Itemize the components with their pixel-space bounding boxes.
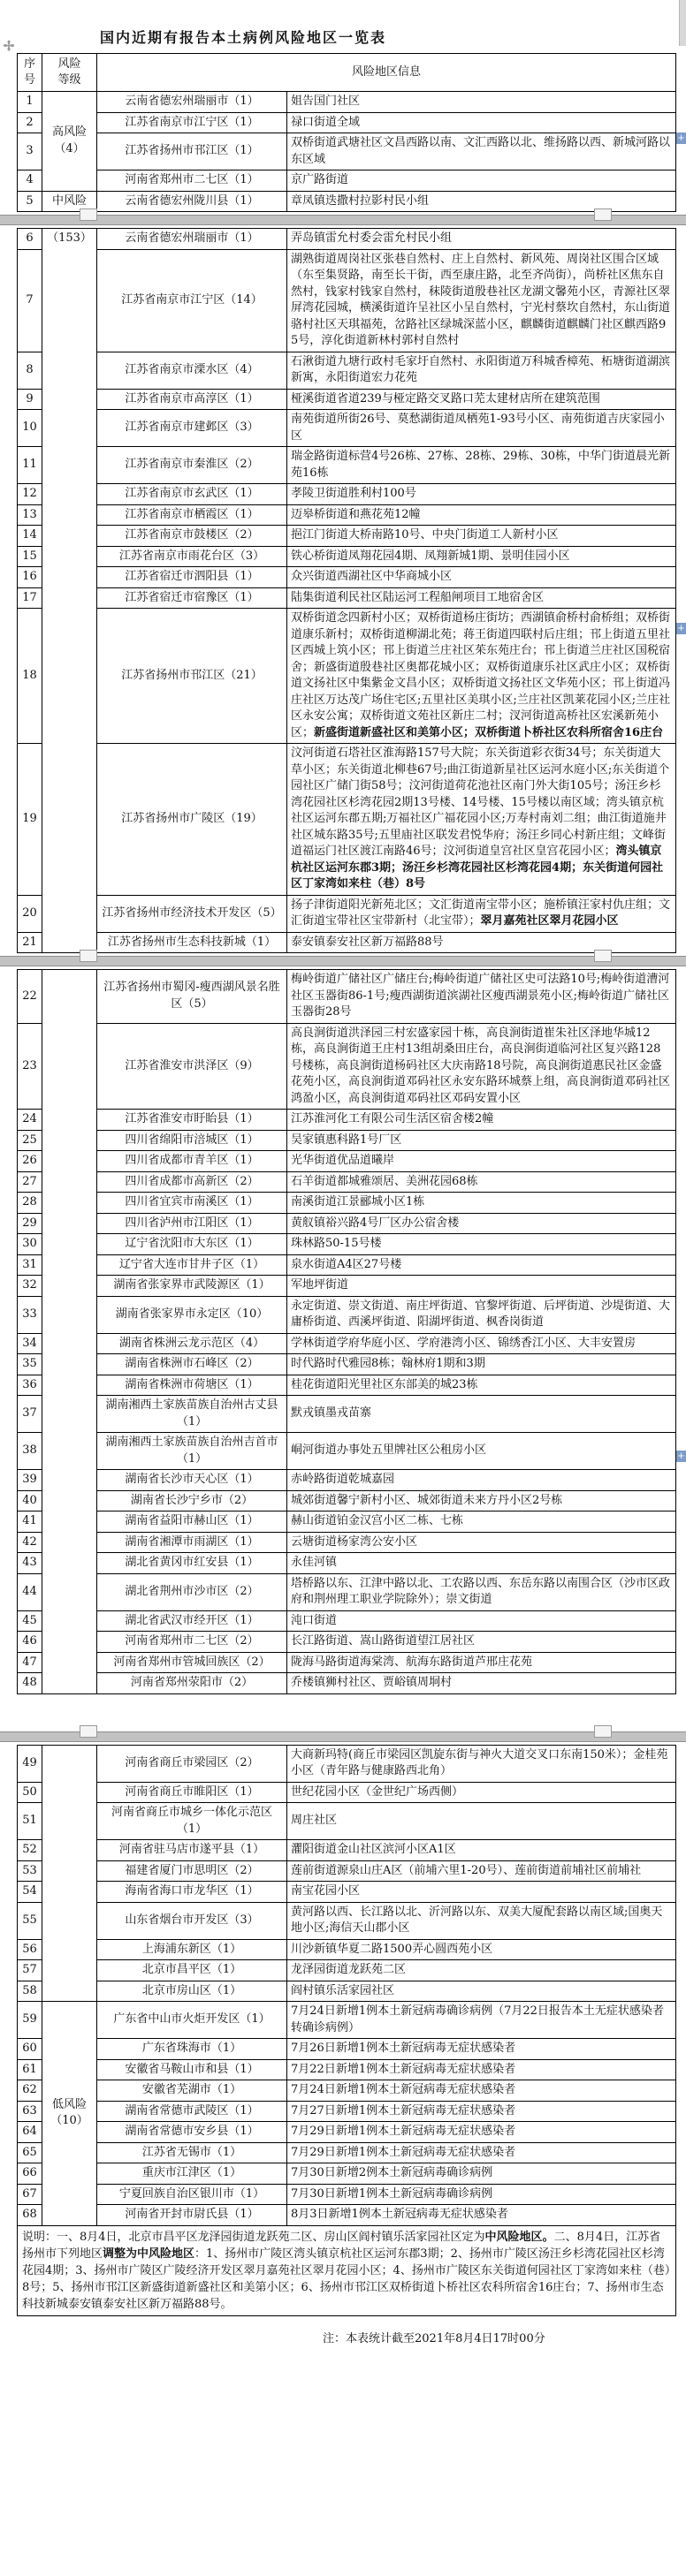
table-row: 36湖南省株洲市荷塘区（1）桂花街道阳光里社区东部美的城23栋 xyxy=(18,1375,676,1396)
risk-area-name: 重庆市江津区（1） xyxy=(97,2163,287,2185)
risk-area-name: 云南省德宏州瑞丽市（1） xyxy=(97,229,287,250)
row-serial-number: 42 xyxy=(18,1532,42,1553)
risk-area-name: 江苏省南京市建邺区（3） xyxy=(97,410,287,447)
risk-area-detail: 城郊街道馨宁新村小区、城郊街道未来方丹小区2号栋 xyxy=(287,1490,676,1512)
risk-area-name: 湖南省张家界市永定区（10） xyxy=(97,1296,287,1333)
table-row: 64湖南省常德市安乡县（1）7月29日新增1例本土新冠病毒无症状感染者 xyxy=(18,2122,676,2143)
risk-level-cell xyxy=(42,1745,97,2002)
table-row: 41湖南省益阳市赫山区（1）赫山街道铂金汉宫小区二栋、七栋 xyxy=(18,1512,676,1533)
text: 说明：一、8月4日，北京市昌平区龙泽园街道龙跃苑二区、房山区阎村镇乐活家园社区定… xyxy=(22,2231,485,2244)
risk-area-detail: 7月24日新增1例本土新冠病毒无症状感染者 xyxy=(287,2080,676,2102)
risk-area-name: 湖南省株洲云龙示范区（4） xyxy=(97,1333,287,1354)
row-serial-number: 53 xyxy=(18,1860,42,1882)
risk-area-detail: 双桥街道念四新村小区；双桥街道杨庄街坊；西湖镇俞桥村俞桥组；双桥街道康乐新村；双… xyxy=(287,609,676,744)
row-serial-number: 58 xyxy=(18,1981,42,2002)
column-resize-handle[interactable] xyxy=(80,950,97,962)
page-title: 国内近期有报告本土病例风险地区一览表 xyxy=(0,0,686,53)
risk-area-detail: 默戎镇墨戎苗寨 xyxy=(287,1396,676,1433)
risk-area-name: 江苏省扬州市生态科技新城（1） xyxy=(97,932,287,953)
table-row: 65江苏省无锡市（1）7月29日新增1例本土新冠病毒无症状感染者 xyxy=(18,2142,676,2163)
risk-area-name: 河南省商丘市梁园区（2） xyxy=(97,1745,287,1782)
column-resize-handle[interactable] xyxy=(594,1725,612,1738)
row-serial-number: 61 xyxy=(18,2059,42,2080)
risk-area-detail: 7月30日新增2例本土新冠病毒确诊病例 xyxy=(287,2163,676,2185)
risk-area-detail: 石羊街道都城雅颂居、美洲花园68栋 xyxy=(287,1171,676,1193)
risk-area-name: 湖北省荆州市沙市区（2） xyxy=(97,1573,287,1610)
table-row: 30辽宁省沈阳市大东区（1）珠林路50-15号楼 xyxy=(18,1234,676,1255)
table-row: 56上海浦东新区（1）川沙新镇华夏二路1500弄心圆西苑小区 xyxy=(18,1939,676,1960)
header-risk-area-info: 风险地区信息 xyxy=(97,54,676,92)
table-row: 38湖南湘西土家族苗族自治州吉首市（1）峒河街道办事处五里牌社区公租房小区 xyxy=(18,1433,676,1470)
risk-area-name: 湖北省武汉市经开区（1） xyxy=(97,1610,287,1632)
risk-area-name: 北京市房山区（1） xyxy=(97,1981,287,2002)
row-serial-number: 50 xyxy=(18,1782,42,1803)
risk-area-detail: 姐告国门社区 xyxy=(287,92,676,113)
header-risk-level: 风险 等级 xyxy=(42,54,97,92)
risk-area-detail: 南宝花园小区 xyxy=(287,1882,676,1903)
row-serial-number: 46 xyxy=(18,1632,42,1653)
column-resize-handle[interactable] xyxy=(80,1725,97,1738)
risk-area-name: 北京市昌平区（1） xyxy=(97,1960,287,1981)
table-row: 42湖南省湘潭市雨湖区（1）云塘街道杨家湾公安小区 xyxy=(18,1532,676,1553)
risk-area-name: 宁夏回族自治区银川市（1） xyxy=(97,2184,287,2205)
table-row: 66重庆市江津区（1）7月30日新增2例本土新冠病毒确诊病例 xyxy=(18,2163,676,2185)
risk-area-detail: 塔桥路以东、江津中路以北、工农路以西、东岳东路以南围合区（沙市区政府和荆州理工职… xyxy=(287,1573,676,1610)
row-serial-number: 40 xyxy=(18,1490,42,1512)
risk-area-name: 湖南湘西土家族苗族自治州吉首市（1） xyxy=(97,1433,287,1470)
risk-area-detail: 7月29日新增1例本土新冠病毒无症状感染者 xyxy=(287,2122,676,2143)
risk-area-detail: 珠林路50-15号楼 xyxy=(287,1234,676,1255)
risk-area-detail: 章凤镇迭撒村拉影村民小组 xyxy=(287,191,676,212)
table-row: 5中风险云南省德宏州陇川县（1）章凤镇迭撒村拉影村民小组 xyxy=(18,191,676,212)
risk-area-detail: 江苏淮河化工有限公司生活区宿舍楼2幢 xyxy=(287,1110,676,1131)
highlighted-text: 中风险地区。 xyxy=(485,2231,554,2244)
page-break-gap xyxy=(0,215,686,225)
risk-level-cell: 低风险 （10） xyxy=(42,2002,97,2226)
table-row: 32湖南省张家界市武陵源区（1）军地坪街道 xyxy=(18,1276,676,1297)
table-row: 1高风险 （4）云南省德宏州瑞丽市（1）姐告国门社区 xyxy=(18,92,676,113)
table-row: 39湖南省长沙市天心区（1）赤岭路街道乾城嘉园 xyxy=(18,1470,676,1491)
risk-table-page-4: 49河南省商丘市梁园区（2）大商新玛特(商丘市梁园区凯旋东街与神火大道交叉口东南… xyxy=(17,1745,676,2316)
row-serial-number: 4 xyxy=(18,170,42,192)
stitch-plus-icon: + xyxy=(676,1451,686,1462)
row-serial-number: 59 xyxy=(18,2002,42,2039)
risk-area-name: 安徽省芜湖市（1） xyxy=(97,2080,287,2102)
risk-area-name: 江苏省扬州市蜀冈-瘦西湖风景名胜区（5） xyxy=(97,970,287,1024)
header-serial-number: 序 号 xyxy=(18,54,42,92)
risk-area-detail: 高良涧街道洪泽园三村宏盛家园十栋，高良涧街道崔朱社区泽地华城12栋，高良涧街道王… xyxy=(287,1023,676,1110)
risk-area-detail: 时代路时代雅园8栋；翰林府1期和3期 xyxy=(287,1354,676,1375)
risk-area-detail: 泰安镇泰安社区新万福路88号 xyxy=(287,932,676,953)
risk-area-detail: 灈阳街道金山社区滨河小区A1区 xyxy=(287,1840,676,1861)
stitch-plus-icon: + xyxy=(676,133,686,144)
risk-area-detail: 7月24日新增1例本土新冠病毒确诊病例（7月22日报告本土无症状感染者转确诊病例… xyxy=(287,2002,676,2039)
risk-area-detail: 峒河街道办事处五里牌社区公租房小区 xyxy=(287,1433,676,1470)
risk-area-name: 江苏省扬州市经济技术开发区（5） xyxy=(97,895,287,932)
risk-area-name: 安徽省马鞍山市和县（1） xyxy=(97,2059,287,2080)
risk-area-name: 河南省郑州荥阳市（2） xyxy=(97,1673,287,1694)
table-row: 58北京市房山区（1）阎村镇乐活家园社区 xyxy=(18,1981,676,2002)
table-row: 63湖南省常德市武陵区（1）7月27日新增1例本土新冠病毒无症状感染者 xyxy=(18,2101,676,2122)
risk-area-name: 江苏省无锡市（1） xyxy=(97,2142,287,2163)
table-row: 47河南省郑州市管城回族区（2）陇海马路街道海棠湾、航海东路街道芦邢庄花苑 xyxy=(18,1652,676,1673)
risk-area-detail: 桠溪街道省道239与桠定路交叉路口芜太建材店所在建筑范围 xyxy=(287,389,676,410)
table-row: 37湖南湘西土家族苗族自治州古丈县（1）默戎镇墨戎苗寨 xyxy=(18,1396,676,1433)
risk-area-name: 上海浦东新区（1） xyxy=(97,1939,287,1960)
risk-area-name: 江苏省扬州市广陵区（19） xyxy=(97,744,287,896)
table-row: 10江苏省南京市建邺区（3）南苑街道所街26号、莫愁湖街道凤栖苑1-93号小区、… xyxy=(18,410,676,447)
row-serial-number: 54 xyxy=(18,1882,42,1903)
row-serial-number: 26 xyxy=(18,1151,42,1172)
row-serial-number: 64 xyxy=(18,2122,42,2143)
explanation-text: 说明：一、8月4日，北京市昌平区龙泽园街道龙跃苑二区、房山区阎村镇乐活家园社区定… xyxy=(18,2225,676,2315)
row-serial-number: 49 xyxy=(18,1745,42,1782)
risk-area-detail: 龙泽园街道龙跃苑二区 xyxy=(287,1960,676,1981)
risk-area-detail: 迈皋桥街道和燕花苑12幢 xyxy=(287,504,676,526)
risk-area-name: 江苏省南京市高淳区（1） xyxy=(97,389,287,410)
risk-area-name: 河南省郑州市二七区（2） xyxy=(97,1632,287,1653)
table-row: 8江苏省南京市溧水区（4）石湫街道九塘行政村毛家圩自然村、永阳街道万科城香樟苑、… xyxy=(18,352,676,389)
risk-area-detail: 赫山街道铂金汉宫小区二栋、七栋 xyxy=(287,1512,676,1533)
table-row: 52河南省驻马店市遂平县（1）灈阳街道金山社区滨河小区A1区 xyxy=(18,1840,676,1861)
table-row: 29四川省泸州市江阳区（1）黄舣镇裕兴路4号厂区办公宿舍楼 xyxy=(18,1213,676,1234)
risk-area-detail: 7月30日新增1例本土新冠病毒确诊病例 xyxy=(287,2184,676,2205)
table-header-row: 序 号 风险 等级 风险地区信息 xyxy=(18,54,676,92)
row-serial-number: 34 xyxy=(18,1333,42,1354)
table-row: 35湖南省株洲市石峰区（2）时代路时代雅园8栋；翰林府1期和3期 xyxy=(18,1354,676,1375)
row-serial-number: 19 xyxy=(18,744,42,896)
risk-area-name: 江苏省扬州市邗江区（1） xyxy=(97,133,287,170)
column-resize-handle[interactable] xyxy=(80,208,97,221)
row-serial-number: 6 xyxy=(18,229,42,250)
risk-area-detail: 孝陵卫街道胜利村100号 xyxy=(287,484,676,505)
row-serial-number: 47 xyxy=(18,1652,42,1673)
risk-area-name: 海南省海口市龙华区（1） xyxy=(97,1882,287,1903)
risk-level-cell xyxy=(42,970,97,1694)
explanation-row: 说明：一、8月4日，北京市昌平区龙泽园街道龙跃苑二区、房山区阎村镇乐活家园社区定… xyxy=(18,2225,676,2315)
table-row: 18江苏省扬州市邗江区（21）双桥街道念四新村小区；双桥街道杨庄街坊；西湖镇俞桥… xyxy=(18,609,676,744)
row-serial-number: 11 xyxy=(18,447,42,484)
row-serial-number: 20 xyxy=(18,895,42,932)
table-row: 51河南省商丘市城乡一体化示范区（1）周庄社区 xyxy=(18,1803,676,1840)
stitch-plus-icon: + xyxy=(676,623,686,634)
risk-area-detail: 军地坪街道 xyxy=(287,1276,676,1297)
risk-area-name: 江苏省淮安市盱眙县（1） xyxy=(97,1110,287,1131)
row-serial-number: 48 xyxy=(18,1673,42,1694)
risk-area-name: 江苏省淮安市洪泽区（9） xyxy=(97,1023,287,1110)
risk-area-name: 四川省成都市青羊区（1） xyxy=(97,1151,287,1172)
risk-area-name: 湖北省黄冈市红安县（1） xyxy=(97,1553,287,1574)
table-row: 15江苏省南京市雨花台区（3）铁心桥街道凤翔花园4期、凤翔新城1期、景明佳园小区 xyxy=(18,546,676,567)
risk-area-name: 辽宁省大连市甘井子区（1） xyxy=(97,1254,287,1276)
risk-area-detail: 学林街道学府华庭小区、学府港湾小区、锦绣香江小区、大丰安置房 xyxy=(287,1333,676,1354)
risk-area-detail: 吴家镇惠科路1号厂区 xyxy=(287,1130,676,1151)
risk-area-name: 河南省郑州市管城回族区（2） xyxy=(97,1652,287,1673)
risk-area-name: 湖南省常德市安乡县（1） xyxy=(97,2122,287,2143)
row-serial-number: 22 xyxy=(18,970,42,1024)
table-row: 6（153）云南省德宏州瑞丽市（1）弄岛镇雷允村委会雷允村民小组 xyxy=(18,229,676,250)
table-row: 40湖南省长沙宁乡市（2）城郊街道馨宁新村小区、城郊街道未来方丹小区2号栋 xyxy=(18,1490,676,1512)
column-resize-handle[interactable] xyxy=(594,950,612,962)
row-serial-number: 24 xyxy=(18,1110,42,1131)
table-row: 12江苏省南京市玄武区（1）孝陵卫街道胜利村100号 xyxy=(18,484,676,505)
table-row: 11江苏省南京市秦淮区（2）瑞金路街道标营4号26栋、27栋、28栋、29栋、3… xyxy=(18,447,676,484)
table-row: 23江苏省淮安市洪泽区（9）高良涧街道洪泽园三村宏盛家园十栋，高良涧街道崔朱社区… xyxy=(18,1023,676,1110)
table-row: 45湖北省武汉市经开区（1）沌口街道 xyxy=(18,1610,676,1632)
risk-area-detail: 长江路街道、嵩山路街道望江居社区 xyxy=(287,1632,676,1653)
table-row: 28四川省宜宾市南溪区（1）南溪街道江景郦城小区1栋 xyxy=(18,1193,676,1214)
row-serial-number: 23 xyxy=(18,1023,42,1110)
risk-area-detail: 8月3日新增1例本土新冠病毒无症状感染者 xyxy=(287,2205,676,2226)
page-break-gap xyxy=(0,956,686,966)
table-row: 33湖南省张家界市永定区（10）永定街道、崇文街道、南庄坪街道、官黎坪街道、后坪… xyxy=(18,1296,676,1333)
row-serial-number: 5 xyxy=(18,191,42,212)
risk-area-detail: 川沙新镇华夏二路1500弄心圆西苑小区 xyxy=(287,1939,676,1960)
risk-area-name: 广东省珠海市（1） xyxy=(97,2039,287,2060)
row-serial-number: 56 xyxy=(18,1939,42,1960)
row-serial-number: 43 xyxy=(18,1553,42,1574)
table-row: 34湖南省株洲云龙示范区（4）学林街道学府华庭小区、学府港湾小区、锦绣香江小区、… xyxy=(18,1333,676,1354)
table-row: 27四川省成都市高新区（2）石羊街道都城雅颂居、美洲花园68栋 xyxy=(18,1171,676,1193)
risk-area-name: 江苏省南京市江宁区（1） xyxy=(97,112,287,133)
risk-area-detail: 弄岛镇雷允村委会雷允村民小组 xyxy=(287,229,676,250)
table-row: 61安徽省马鞍山市和县（1）7月22日新增1例本土新冠病毒无症状感染者 xyxy=(18,2059,676,2080)
risk-area-name: 湖南省益阳市赫山区（1） xyxy=(97,1512,287,1533)
risk-area-detail: 周庄社区 xyxy=(287,1803,676,1840)
row-serial-number: 18 xyxy=(18,609,42,744)
risk-area-name: 湖南省株洲市石峰区（2） xyxy=(97,1354,287,1375)
scrollbar-fragment[interactable] xyxy=(679,0,686,46)
risk-area-detail: 黄舣镇裕兴路4号厂区办公宿舍楼 xyxy=(287,1213,676,1234)
row-serial-number: 66 xyxy=(18,2163,42,2185)
row-serial-number: 55 xyxy=(18,1902,42,1939)
table-row: 14江苏省南京市鼓楼区（2）挹江门街道大桥南路10号、中央门街道工人新村小区 xyxy=(18,526,676,547)
row-serial-number: 62 xyxy=(18,2080,42,2102)
risk-area-detail: 莲前街道源泉山庄A区（前埔六里1-20号）、莲前街道前埔社区前埔社 xyxy=(287,1860,676,1882)
row-serial-number: 29 xyxy=(18,1213,42,1234)
risk-area-detail: 挹江门街道大桥南路10号、中央门街道工人新村小区 xyxy=(287,526,676,547)
risk-area-detail: 双桥街道武塘社区文昌西路以南、文汇西路以北、维扬路以西、新城河路以东区域 xyxy=(287,133,676,170)
table-row: 68河南省开封市尉氏县（1）8月3日新增1例本土新冠病毒无症状感染者 xyxy=(18,2205,676,2226)
row-serial-number: 30 xyxy=(18,1234,42,1255)
row-serial-number: 1 xyxy=(18,92,42,113)
row-serial-number: 57 xyxy=(18,1960,42,1981)
row-serial-number: 68 xyxy=(18,2205,42,2226)
highlighted-text: 新盛街道新盛社区和美第小区；双桥街道卜桥社区农科所宿舍16庄台 xyxy=(314,726,663,739)
table-row: 48河南省郑州荥阳市（2）乔楼镇狮村社区、贾峪镇周垌村 xyxy=(18,1673,676,1694)
statistics-cutoff-note: 注：本表统计截至2021年8月4日17时00分 xyxy=(0,2329,686,2345)
risk-area-name: 云南省德宏州陇川县（1） xyxy=(97,191,287,212)
risk-area-detail: 陇海马路街道海棠湾、航海东路街道芦邢庄花苑 xyxy=(287,1652,676,1673)
table-row: 3江苏省扬州市邗江区（1）双桥街道武塘社区文昌西路以南、文汇西路以北、维扬路以西… xyxy=(18,133,676,170)
row-serial-number: 7 xyxy=(18,249,42,352)
risk-table-page-2: 6（153）云南省德宏州瑞丽市（1）弄岛镇雷允村委会雷允村民小组7江苏省南京市江… xyxy=(17,228,676,953)
table-row: 9江苏省南京市高淳区（1）桠溪街道省道239与桠定路交叉路口芜太建材店所在建筑范… xyxy=(18,389,676,410)
risk-area-name: 四川省宜宾市南溪区（1） xyxy=(97,1193,287,1214)
row-serial-number: 32 xyxy=(18,1276,42,1297)
risk-area-name: 河南省郑州市二七区（1） xyxy=(97,170,287,192)
risk-area-name: 福建省厦门市思明区（2） xyxy=(97,1860,287,1882)
table-row: 25四川省绵阳市涪城区（1）吴家镇惠科路1号厂区 xyxy=(18,1130,676,1151)
table-row: 16江苏省宿迁市泗阳县（1）众兴街道西湖社区中华商城小区 xyxy=(18,567,676,588)
risk-area-name: 云南省德宏州瑞丽市（1） xyxy=(97,92,287,113)
table-row: 60广东省珠海市（1）7月26日新增1例本土新冠病毒无症状感染者 xyxy=(18,2039,676,2060)
row-serial-number: 67 xyxy=(18,2184,42,2205)
table-row: 49河南省商丘市梁园区（2）大商新玛特(商丘市梁园区凯旋东街与神火大道交叉口东南… xyxy=(18,1745,676,1782)
table-row: 50河南省商丘市睢阳区（1）世纪花园小区（金世纪广场西侧） xyxy=(18,1782,676,1803)
table-move-handle-icon[interactable]: ✢ xyxy=(2,39,16,53)
row-serial-number: 14 xyxy=(18,526,42,547)
row-serial-number: 16 xyxy=(18,567,42,588)
risk-area-detail: 扬子津街道阳光新苑北区；文汇街道南宝带小区；施桥镇汪家村仇庄组；文汇街道宝带社区… xyxy=(287,895,676,932)
table-row: 4河南省郑州市二七区（1）京广路街道 xyxy=(18,170,676,192)
risk-area-detail: 云塘街道杨家湾公安小区 xyxy=(287,1532,676,1553)
risk-area-name: 湖南省长沙市天心区（1） xyxy=(97,1470,287,1491)
table-row: 17江苏省宿迁市宿豫区（1）陆集街道利民社区陆运河工程船闸项目工地宿舍区 xyxy=(18,587,676,609)
risk-table-page-3: 22江苏省扬州市蜀冈-瘦西湖风景名胜区（5）梅岭街道广储社区广储庄台;梅岭街道广… xyxy=(17,969,676,1694)
risk-area-name: 湖南省张家界市武陵源区（1） xyxy=(97,1276,287,1297)
risk-area-detail: 7月29日新增1例本土新冠病毒无症状感染者 xyxy=(287,2142,676,2163)
risk-area-detail: 大商新玛特(商丘市梁园区凯旋东街与神火大道交叉口东南150米）；金桂苑小区（青年… xyxy=(287,1745,676,1782)
table-row: 7江苏省南京市江宁区（14）湖熟街道周岗社区张巷自然村、庄上自然村、新风苑、周岗… xyxy=(18,249,676,352)
table-row: 2江苏省南京市江宁区（1）禄口街道全域 xyxy=(18,112,676,133)
risk-area-detail: 阎村镇乐活家园社区 xyxy=(287,1981,676,2002)
risk-area-detail: 泉水街道A4区27号楼 xyxy=(287,1254,676,1276)
risk-area-detail: 沌口街道 xyxy=(287,1610,676,1632)
risk-area-detail: 7月26日新增1例本土新冠病毒无症状感染者 xyxy=(287,2039,676,2060)
row-serial-number: 27 xyxy=(18,1171,42,1193)
table-row: 46河南省郑州市二七区（2）长江路街道、嵩山路街道望江居社区 xyxy=(18,1632,676,1653)
risk-area-name: 江苏省扬州市邗江区（21） xyxy=(97,609,287,744)
row-serial-number: 52 xyxy=(18,1840,42,1861)
risk-area-detail: 南溪街道江景郦城小区1栋 xyxy=(287,1193,676,1214)
row-serial-number: 37 xyxy=(18,1396,42,1433)
table-row: 43湖北省黄冈市红安县（1）永佳河镇 xyxy=(18,1553,676,1574)
risk-area-detail: 赤岭路街道乾城嘉园 xyxy=(287,1470,676,1491)
risk-area-detail: 铁心桥街道凤翔花园4期、凤翔新城1期、景明佳园小区 xyxy=(287,546,676,567)
page-break-gap xyxy=(0,1731,686,1742)
risk-area-name: 湖南湘西土家族苗族自治州古丈县（1） xyxy=(97,1396,287,1433)
row-serial-number: 45 xyxy=(18,1610,42,1632)
row-serial-number: 13 xyxy=(18,504,42,526)
row-serial-number: 38 xyxy=(18,1433,42,1470)
risk-area-detail: 7月27日新增1例本土新冠病毒无症状感染者 xyxy=(287,2101,676,2122)
risk-area-detail: 南苑街道所街26号、莫愁湖街道凤栖苑1-93号小区、南苑街道吉庆家园小区 xyxy=(287,410,676,447)
table-row: 21江苏省扬州市生态科技新城（1）泰安镇泰安社区新万福路88号 xyxy=(18,932,676,953)
risk-area-name: 四川省成都市高新区（2） xyxy=(97,1171,287,1193)
risk-area-name: 江苏省南京市玄武区（1） xyxy=(97,484,287,505)
risk-area-name: 河南省驻马店市遂平县（1） xyxy=(97,1840,287,1861)
risk-area-detail: 京广路街道 xyxy=(287,170,676,192)
risk-area-name: 湖南省湘潭市雨湖区（1） xyxy=(97,1532,287,1553)
table-row: 55山东省烟台市开发区（3）黄河路以西、长江路以北、沂河路以东、双美大厦配套路以… xyxy=(18,1902,676,1939)
table-row: 67宁夏回族自治区银川市（1）7月30日新增1例本土新冠病毒确诊病例 xyxy=(18,2184,676,2205)
highlighted-text: 调整为中风险地区 xyxy=(103,2247,194,2261)
column-resize-handle[interactable] xyxy=(594,208,612,221)
row-serial-number: 44 xyxy=(18,1573,42,1610)
risk-area-detail: 湖熟街道周岗社区张巷自然村、庄上自然村、新风苑、周岗社区围合区域（东至集贤路，南… xyxy=(287,249,676,352)
risk-area-detail: 汶河街道石塔社区淮海路157号大院；东关街道彩衣街34号；东关街道大草小区；东关… xyxy=(287,744,676,896)
risk-area-detail: 永定街道、崇文街道、南庄坪街道、官黎坪街道、后坪街道、沙堤街道、大庸桥街道、西溪… xyxy=(287,1296,676,1333)
highlighted-text: 翠月嘉苑社区翠月花园小区 xyxy=(481,914,619,928)
risk-area-name: 湖南省长沙宁乡市（2） xyxy=(97,1490,287,1512)
risk-area-name: 四川省泸州市江阳区（1） xyxy=(97,1213,287,1234)
row-serial-number: 21 xyxy=(18,932,42,953)
risk-area-detail: 众兴街道西湖社区中华商城小区 xyxy=(287,567,676,588)
row-serial-number: 3 xyxy=(18,133,42,170)
table-row: 53福建省厦门市思明区（2）莲前街道源泉山庄A区（前埔六里1-20号）、莲前街道… xyxy=(18,1860,676,1882)
table-row: 13江苏省南京市栖霞区（1）迈皋桥街道和燕花苑12幢 xyxy=(18,504,676,526)
row-serial-number: 41 xyxy=(18,1512,42,1533)
risk-area-name: 四川省绵阳市涪城区（1） xyxy=(97,1130,287,1151)
row-serial-number: 31 xyxy=(18,1254,42,1276)
risk-area-name: 河南省开封市尉氏县（1） xyxy=(97,2205,287,2226)
table-row: 62安徽省芜湖市（1）7月24日新增1例本土新冠病毒无症状感染者 xyxy=(18,2080,676,2102)
risk-area-name: 河南省商丘市城乡一体化示范区（1） xyxy=(97,1803,287,1840)
table-row: 19江苏省扬州市广陵区（19）汶河街道石塔社区淮海路157号大院；东关街道彩衣街… xyxy=(18,744,676,896)
risk-area-name: 江苏省南京市秦淮区（2） xyxy=(97,447,287,484)
risk-area-name: 江苏省南京市栖霞区（1） xyxy=(97,504,287,526)
risk-level-cell: 高风险 （4） xyxy=(42,92,97,192)
table-row: 59低风险 （10）广东省中山市火炬开发区（1）7月24日新增1例本土新冠病毒确… xyxy=(18,2002,676,2039)
row-serial-number: 36 xyxy=(18,1375,42,1396)
row-serial-number: 25 xyxy=(18,1130,42,1151)
risk-area-detail: 禄口街道全域 xyxy=(287,112,676,133)
risk-area-detail: 石湫街道九塘行政村毛家圩自然村、永阳街道万科城香樟苑、柘塘街道湖滨新寓，永阳街道… xyxy=(287,352,676,389)
row-serial-number: 9 xyxy=(18,389,42,410)
risk-area-detail: 永佳河镇 xyxy=(287,1553,676,1574)
risk-area-name: 广东省中山市火炬开发区（1） xyxy=(97,2002,287,2039)
risk-area-detail: 乔楼镇狮村社区、贾峪镇周垌村 xyxy=(287,1673,676,1694)
text: 汶河街道石塔社区淮海路157号大院；东关街道彩衣街34号；东关街道大草小区；东关… xyxy=(291,746,669,858)
table-row: 57北京市昌平区（1）龙泽园街道龙跃苑二区 xyxy=(18,1960,676,1981)
row-serial-number: 17 xyxy=(18,587,42,609)
row-serial-number: 63 xyxy=(18,2101,42,2122)
risk-area-name: 江苏省南京市雨花台区（3） xyxy=(97,546,287,567)
row-serial-number: 65 xyxy=(18,2142,42,2163)
table-row: 22江苏省扬州市蜀冈-瘦西湖风景名胜区（5）梅岭街道广储社区广储庄台;梅岭街道广… xyxy=(18,970,676,1024)
risk-area-detail: 光华街道优品道曦岸 xyxy=(287,1151,676,1172)
row-serial-number: 15 xyxy=(18,546,42,567)
risk-area-detail: 桂花街道阳光里社区东部美的城23栋 xyxy=(287,1375,676,1396)
table-row: 44湖北省荆州市沙市区（2）塔桥路以东、江津中路以北、工农路以西、东岳东路以南围… xyxy=(18,1573,676,1610)
risk-area-name: 山东省烟台市开发区（3） xyxy=(97,1902,287,1939)
row-serial-number: 10 xyxy=(18,410,42,447)
row-serial-number: 60 xyxy=(18,2039,42,2060)
text: 双桥街道念四新村小区；双桥街道杨庄街坊；西湖镇俞桥村俞桥组；双桥街道康乐新村；双… xyxy=(291,611,670,739)
risk-area-name: 江苏省宿迁市宿豫区（1） xyxy=(97,587,287,609)
table-row: 24江苏省淮安市盱眙县（1）江苏淮河化工有限公司生活区宿舍楼2幢 xyxy=(18,1110,676,1131)
row-serial-number: 39 xyxy=(18,1470,42,1491)
risk-level-cell: （153） xyxy=(42,229,97,953)
table-row: 20江苏省扬州市经济技术开发区（5）扬子津街道阳光新苑北区；文汇街道南宝带小区；… xyxy=(18,895,676,932)
table-row: 31辽宁省大连市甘井子区（1）泉水街道A4区27号楼 xyxy=(18,1254,676,1276)
row-serial-number: 28 xyxy=(18,1193,42,1214)
row-serial-number: 35 xyxy=(18,1354,42,1375)
risk-area-name: 辽宁省沈阳市大东区（1） xyxy=(97,1234,287,1255)
risk-area-detail: 7月22日新增1例本土新冠病毒无症状感染者 xyxy=(287,2059,676,2080)
risk-area-name: 江苏省宿迁市泗阳县（1） xyxy=(97,567,287,588)
row-serial-number: 8 xyxy=(18,352,42,389)
risk-area-name: 江苏省南京市鼓楼区（2） xyxy=(97,526,287,547)
risk-area-detail: 世纪花园小区（金世纪广场西侧） xyxy=(287,1782,676,1803)
risk-area-detail: 陆集街道利民社区陆运河工程船闸项目工地宿舍区 xyxy=(287,587,676,609)
risk-area-name: 江苏省南京市溧水区（4） xyxy=(97,352,287,389)
row-serial-number: 33 xyxy=(18,1296,42,1333)
risk-area-detail: 瑞金路街道标营4号26栋、27栋、28栋、29栋、30栋，中华门街道晨光新苑16… xyxy=(287,447,676,484)
table-row: 54海南省海口市龙华区（1）南宝花园小区 xyxy=(18,1882,676,1903)
risk-area-name: 河南省商丘市睢阳区（1） xyxy=(97,1782,287,1803)
